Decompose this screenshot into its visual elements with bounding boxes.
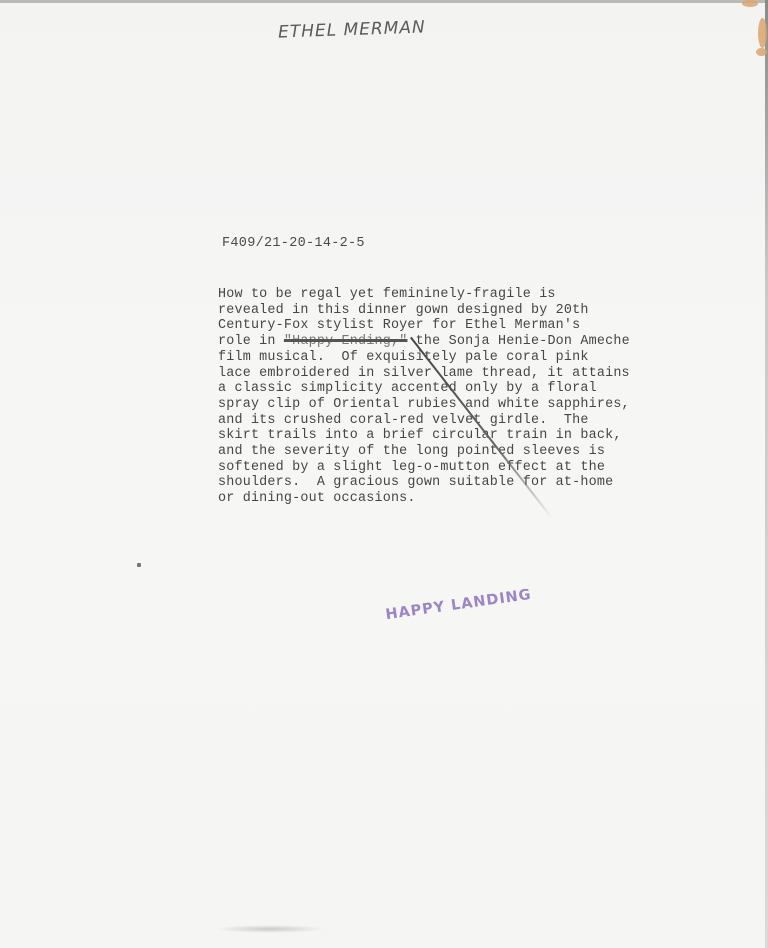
document-page: ETHEL MERMAN F409/21-20-14-2-5 How to be… (0, 0, 768, 948)
stain-mark (756, 48, 767, 56)
caption-line: softened by a slight leg-o-mutton effect… (218, 460, 738, 476)
page-top-edge (0, 0, 768, 3)
caption-segment: role in (218, 334, 284, 349)
caption-line: and the severity of the long pointed sle… (218, 444, 738, 460)
caption-line: role in "Happy Ending," the Sonja Henie-… (218, 334, 738, 350)
title-stamp: HAPPY LANDING (385, 587, 533, 623)
caption-line: shoulders. A gracious gown suitable for … (218, 475, 738, 491)
caption-line: spray clip of Oriental rubies and white … (218, 397, 738, 413)
caption-line: revealed in this dinner gown designed by… (218, 303, 738, 319)
caption-segment: How to be regal yet femininely-fragile i… (218, 287, 556, 302)
caption-line: skirt trails into a brief circular train… (218, 428, 738, 444)
caption-line: or dining-out occasions. (218, 491, 738, 507)
struck-title: "Happy Ending," (284, 334, 408, 349)
caption-segment: film musical. Of exquisitely pale coral … (218, 350, 589, 365)
reference-number: F409/21-20-14-2-5 (222, 236, 365, 251)
caption-line: How to be regal yet femininely-fragile i… (218, 287, 738, 303)
caption-segment: revealed in this dinner gown designed by… (218, 303, 589, 318)
caption-text: How to be regal yet femininely-fragile i… (218, 287, 738, 507)
caption-segment: skirt trails into a brief circular train… (218, 428, 622, 443)
caption-segment: and the severity of the long pointed sle… (218, 444, 605, 459)
caption-segment: and its crushed coral-red velvet girdle.… (218, 413, 589, 428)
caption-segment: a classic simplicity accented only by a … (218, 381, 597, 396)
caption-line: Century-Fox stylist Royer for Ethel Merm… (218, 318, 738, 334)
caption-segment: Century-Fox stylist Royer for Ethel Merm… (218, 318, 580, 333)
caption-segment: shoulders. A gracious gown suitable for … (218, 475, 613, 490)
caption-segment: or dining-out occasions. (218, 491, 416, 506)
handwritten-note: ETHEL MERMAN (278, 17, 426, 42)
stain-mark (758, 18, 767, 48)
stain-mark (742, 0, 758, 7)
bottom-smudge (215, 925, 325, 933)
caption-line: a classic simplicity accented only by a … (218, 381, 738, 397)
caption-segment: spray clip of Oriental rubies and white … (218, 397, 630, 412)
caption-segment: the Sonja Henie-Don Ameche (407, 334, 629, 349)
caption-line: lace embroidered in silver lame thread, … (218, 366, 738, 382)
caption-segment: lace embroidered in silver lame thread, … (218, 366, 630, 381)
caption-segment: softened by a slight leg-o-mutton effect… (218, 460, 605, 475)
caption-line: film musical. Of exquisitely pale coral … (218, 350, 738, 366)
speck-mark (137, 563, 141, 567)
